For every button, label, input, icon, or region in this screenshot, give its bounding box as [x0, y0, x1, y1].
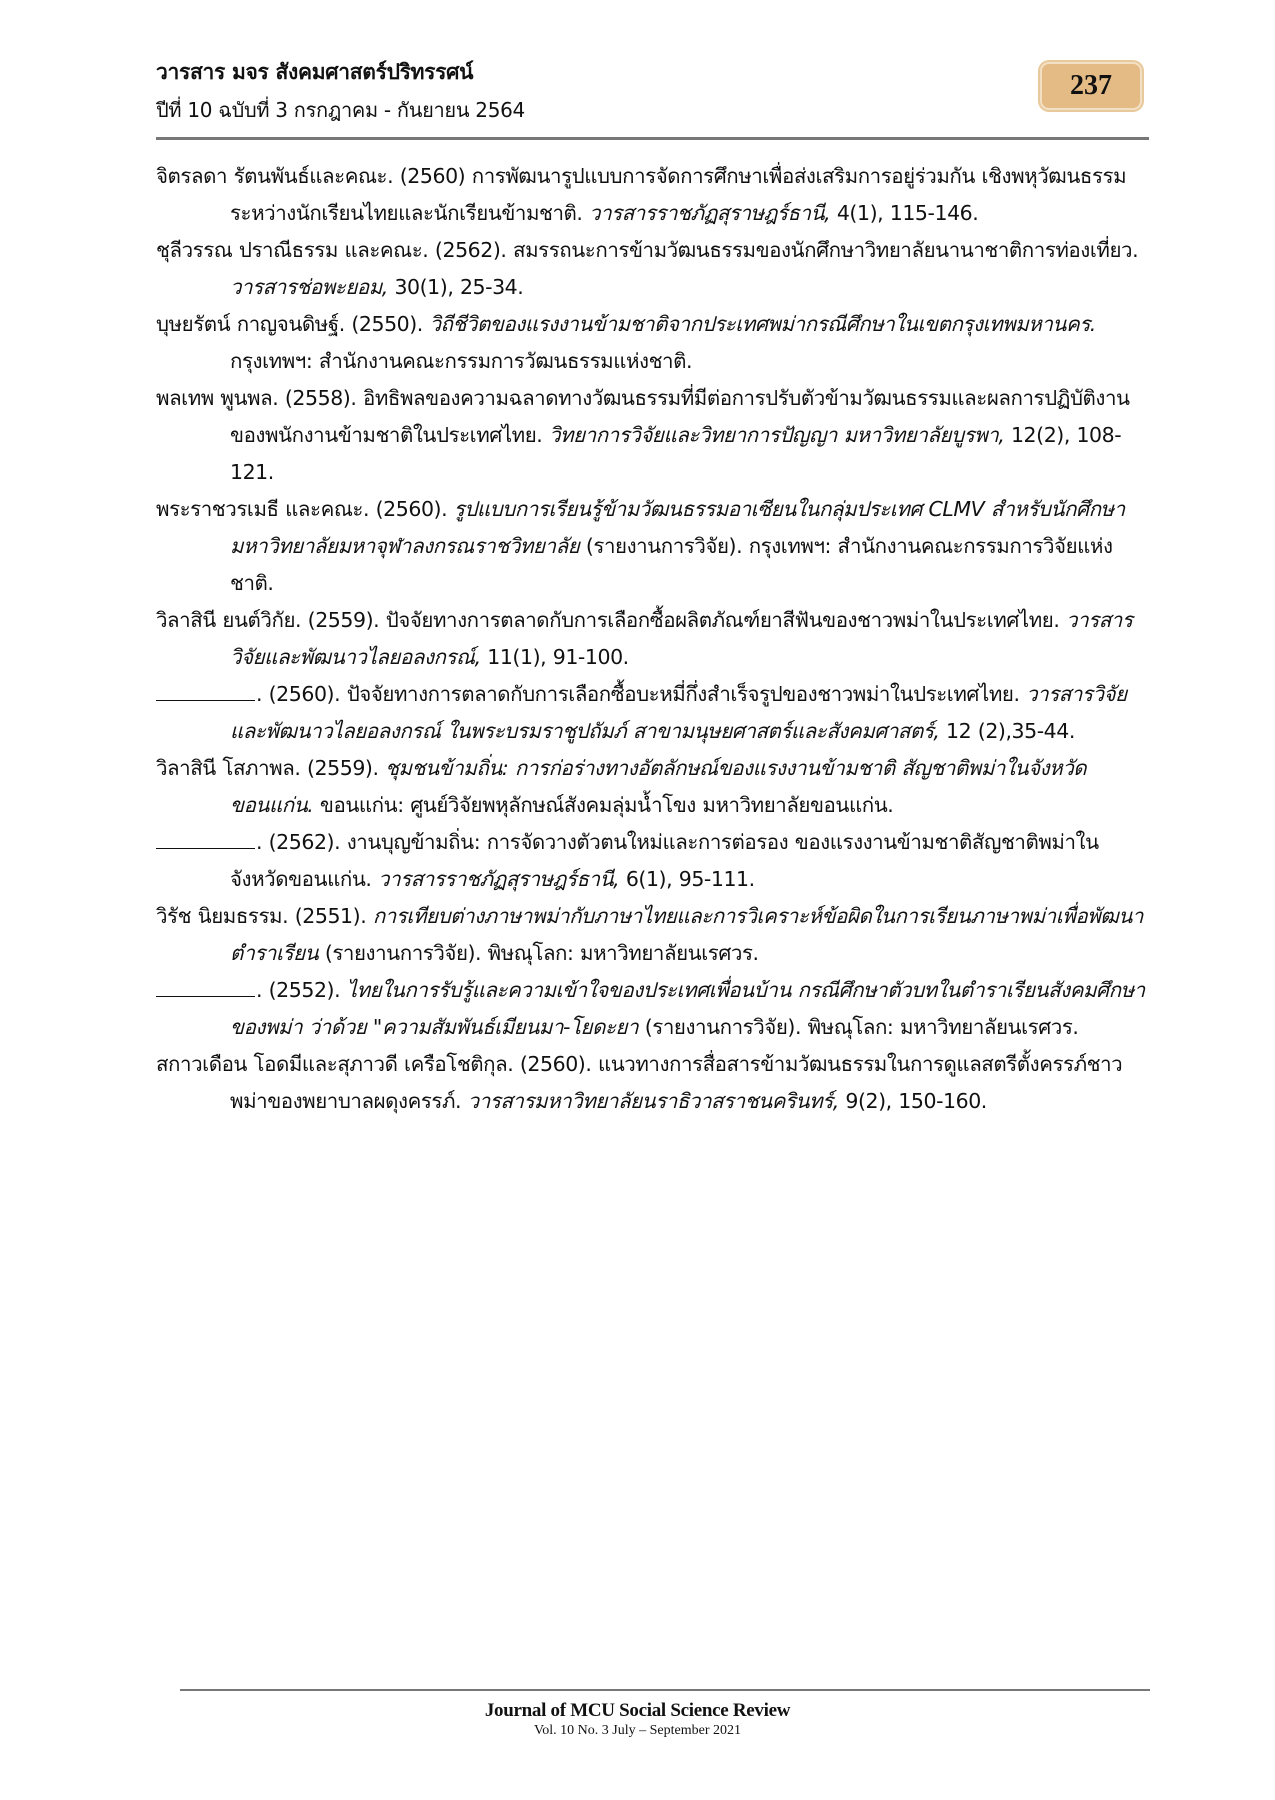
reference-author: สกาวเดือน โอดมีและสุภาวดี เครือโชติกุล. — [156, 1052, 513, 1076]
reference-item: จิตรลดา รัตนพันธ์และคณะ. (2560) การพัฒนา… — [156, 158, 1150, 232]
header-divider — [156, 137, 1149, 140]
reference-author: จิตรลดา รัตนพันธ์และคณะ. — [156, 164, 393, 188]
reference-item: . (2560). ปัจจัยทางการตลาดกับการเลือกซื้… — [156, 676, 1150, 750]
reference-list: จิตรลดา รัตนพันธ์และคณะ. (2560) การพัฒนา… — [156, 158, 1150, 1120]
reference-text: (2562). สมรรถนะการข้ามวัฒนธรรมของนักศึกษ… — [428, 238, 1138, 262]
reference-author: พลเทพ พูนพล. — [156, 386, 278, 410]
reference-details: (รายงานการวิจัย). พิษณุโลก: มหาวิทยาลัยน… — [638, 1015, 1078, 1039]
reference-text: (2559). ปัจจัยทางการตลาดกับการเลือกซื้อผ… — [301, 608, 1066, 632]
reference-details: (รายงานการวิจัย). พิษณุโลก: มหาวิทยาลัยน… — [318, 941, 758, 965]
reference-source: วารสารช่อพะยอม, — [230, 275, 388, 299]
reference-item: . (2562). งานบุญข้ามถิ่น: การจัดวางตัวตน… — [156, 824, 1150, 898]
reference-text: . (2560). ปัจจัยทางการตลาดกับการเลือกซื้… — [256, 682, 1026, 706]
repeat-author-line — [156, 974, 255, 997]
reference-details: 9(2), 150-160. — [839, 1089, 987, 1113]
reference-item: พลเทพ พูนพล. (2558). อิทธิพลของความฉลาดท… — [156, 380, 1150, 491]
footer-volume-line: Vol. 10 No. 3 July – September 2021 — [0, 1723, 1275, 1739]
reference-item: วิรัช นิยมธรรม. (2551). การเทียบต่างภาษา… — [156, 898, 1150, 972]
reference-item: . (2552). ไทยในการรับรู้และความเข้าใจของ… — [156, 972, 1150, 1046]
reference-details: กรุงเทพฯ: สำนักงานคณะกรรมการวัฒนธรรมแห่ง… — [230, 349, 692, 373]
reference-text: (2550). — [345, 312, 430, 336]
reference-text: . (2552). — [256, 978, 347, 1002]
reference-source: วิถีชีวิตของแรงงานข้ามชาติจากประเทศพม่าก… — [429, 312, 1095, 336]
reference-details: 30(1), 25-34. — [388, 275, 523, 299]
reference-details: 12 (2),35-44. — [939, 719, 1074, 743]
journal-title: วารสาร มจร สังคมศาสตร์ปริทรรศน์ — [156, 56, 473, 89]
reference-item: วิลาสินี ยนต์วิกัย. (2559). ปัจจัยทางการ… — [156, 602, 1150, 676]
page-number-badge: 237 — [1040, 62, 1142, 110]
reference-details: 6(1), 95-111. — [619, 867, 754, 891]
reference-text: (2551). — [288, 904, 373, 928]
reference-author: บุษยรัตน์ กาญจนดิษฐ์. — [156, 312, 345, 336]
reference-source: วิทยาการวิจัยและวิทยาการปัญญา มหาวิทยาลั… — [549, 423, 1004, 447]
reference-source: วารสารราชภัฏสุราษฎร์ธานี, — [378, 867, 619, 891]
page-number: 237 — [1070, 70, 1112, 102]
reference-author: วิรัช นิยมธรรม. — [156, 904, 288, 928]
reference-author: วิลาสินี ยนต์วิกัย. — [156, 608, 301, 632]
footer-journal-title: Journal of MCU Social Science Review — [0, 1700, 1275, 1722]
reference-details: ขอนแก่น: ศูนย์วิจัยพหุลักษณ์สังคมลุ่มน้ำ… — [313, 793, 893, 817]
reference-details: 4(1), 115-146. — [830, 201, 978, 225]
reference-source: วารสารมหาวิทยาลัยนราธิวาสราชนครินทร์, — [468, 1089, 839, 1113]
repeat-author-line — [156, 826, 255, 849]
reference-details: 11(1), 91-100. — [481, 645, 629, 669]
reference-text: (2559). — [300, 756, 385, 780]
reference-author: พระราชวรเมธี และคณะ. — [156, 497, 369, 521]
page-footer: Journal of MCU Social Science Review Vol… — [0, 1700, 1275, 1739]
repeat-author-line — [156, 678, 255, 701]
reference-source: วารสารราชภัฏสุราษฎร์ธานี, — [589, 201, 830, 225]
reference-item: บุษยรัตน์ กาญจนดิษฐ์. (2550). วิถีชีวิตข… — [156, 306, 1150, 380]
reference-text: (2560). — [369, 497, 454, 521]
reference-author: วิลาสินี โสภาพล. — [156, 756, 300, 780]
page-header: วารสาร มจร สังคมศาสตร์ปริทรรศน์ ปีที่ 10… — [156, 56, 1150, 140]
reference-item: พระราชวรเมธี และคณะ. (2560). รูปแบบการเร… — [156, 491, 1150, 602]
footer-divider — [180, 1689, 1150, 1691]
reference-author: ชุลีวรรณ ปราณีธรรม และคณะ. — [156, 238, 428, 262]
reference-item: สกาวเดือน โอดมีและสุภาวดี เครือโชติกุล. … — [156, 1046, 1150, 1120]
reference-item: วิลาสินี โสภาพล. (2559). ชุมชนข้ามถิ่น: … — [156, 750, 1150, 824]
issue-line: ปีที่ 10 ฉบับที่ 3 กรกฎาคม - กันยายน 256… — [156, 94, 525, 126]
reference-item: ชุลีวรรณ ปราณีธรรม และคณะ. (2562). สมรรถ… — [156, 232, 1150, 306]
